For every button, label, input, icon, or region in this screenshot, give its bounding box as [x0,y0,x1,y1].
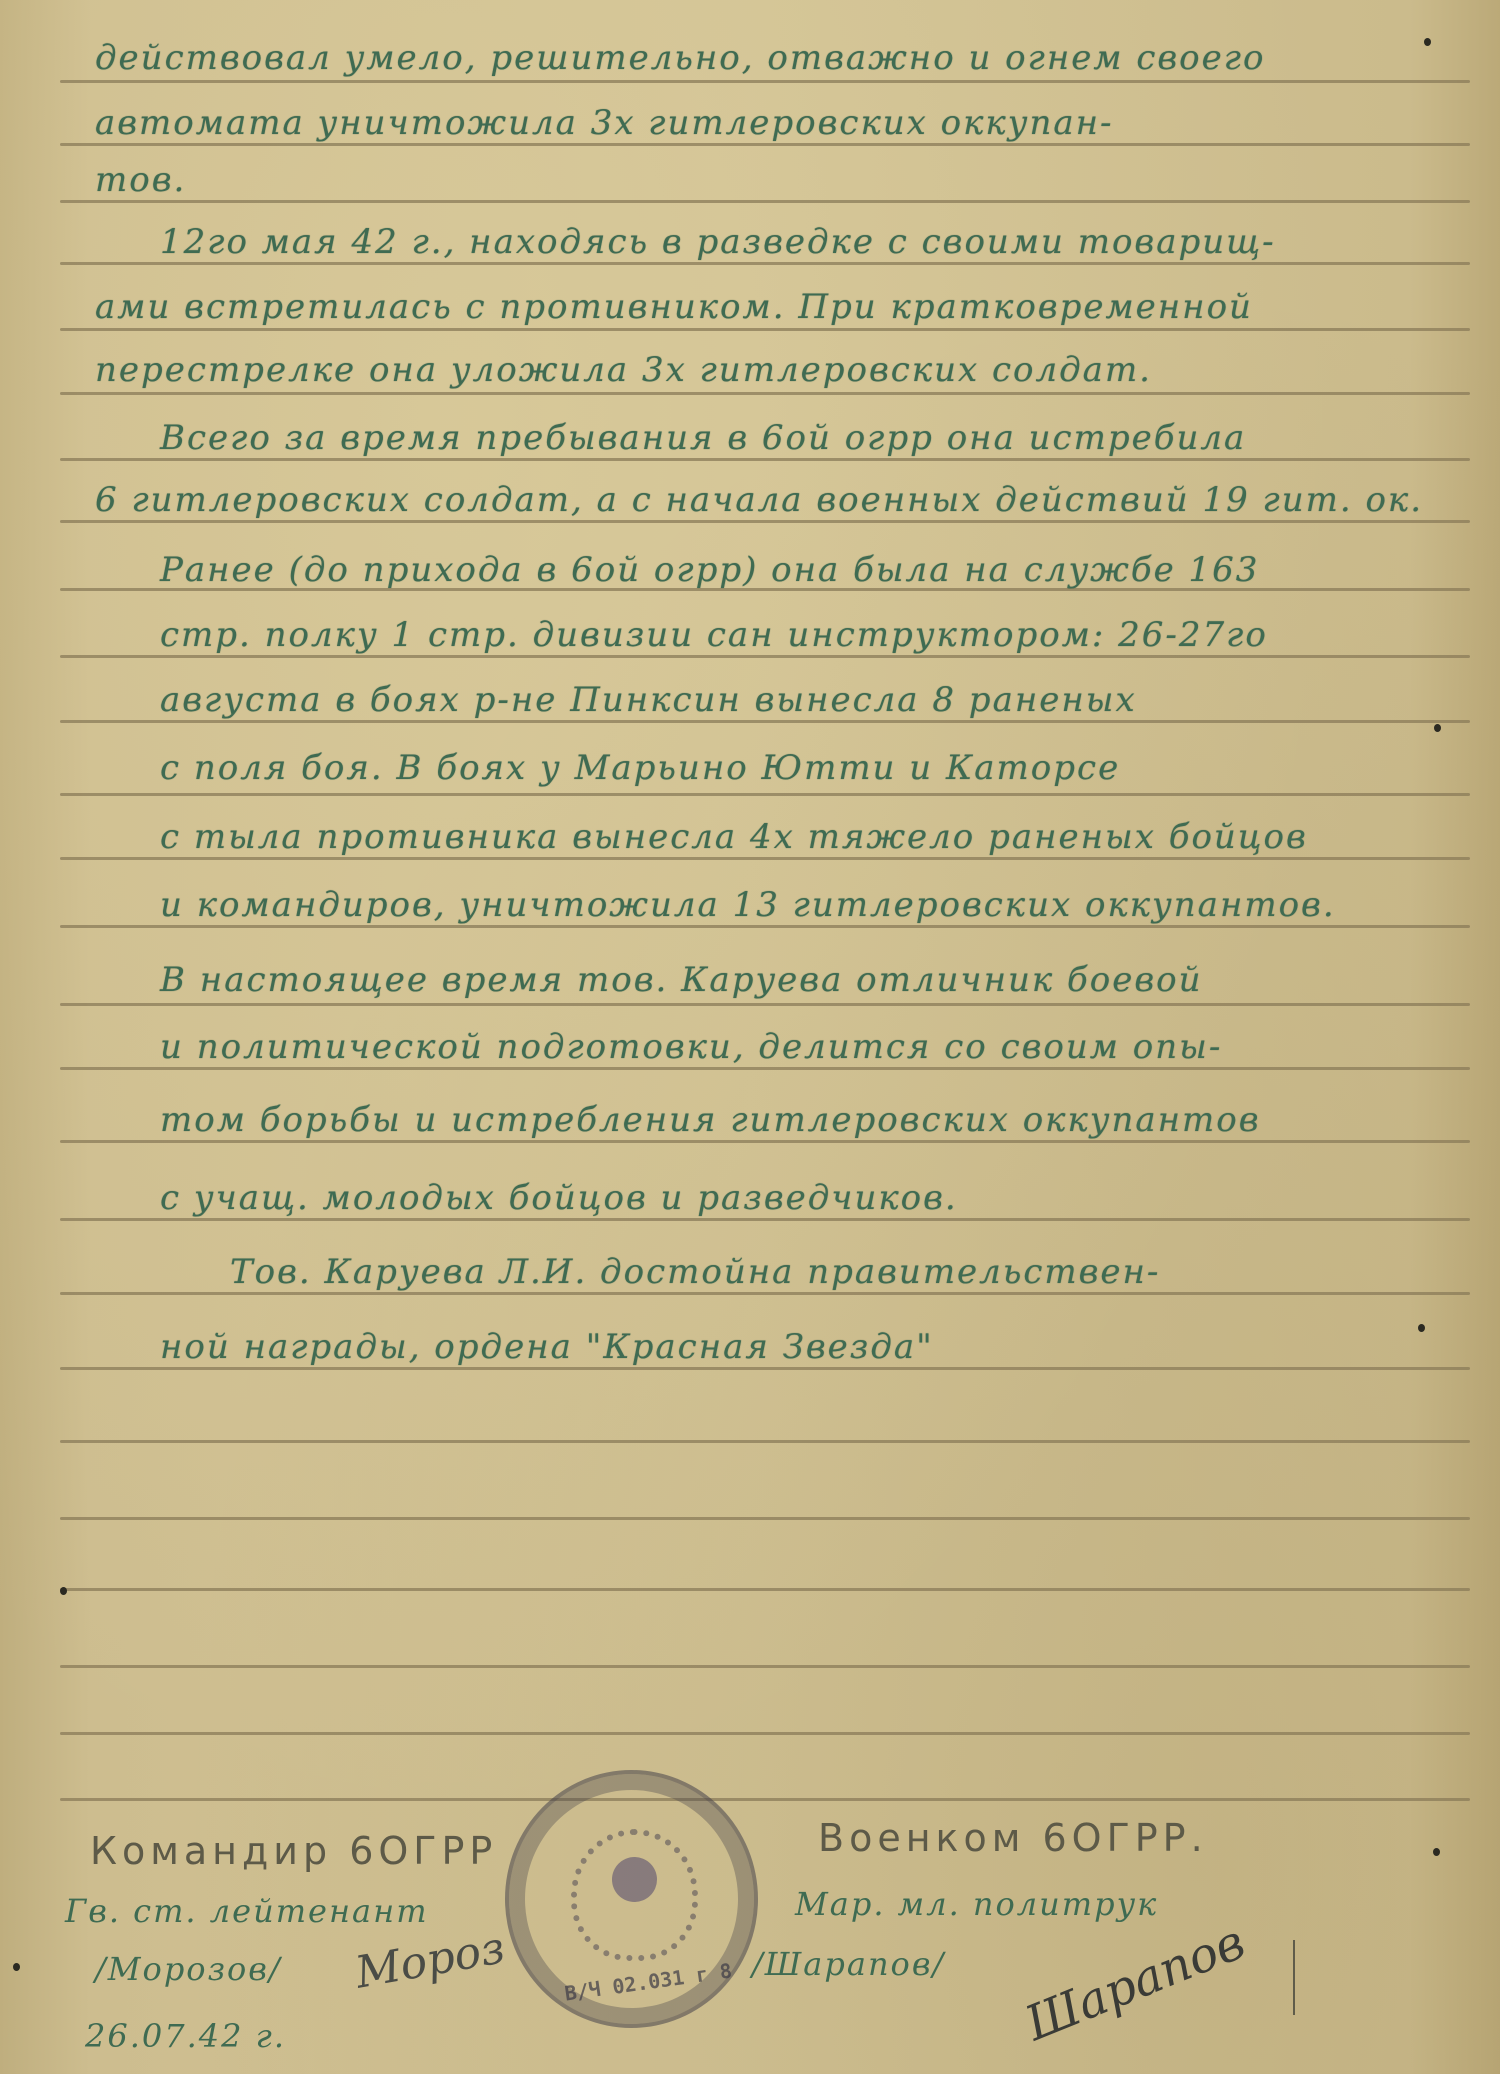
body-line: тов. [95,160,1460,200]
ink-speck [1433,1848,1440,1856]
ruled-line [60,925,1470,928]
ruled-line [60,1003,1470,1006]
ruled-line [60,720,1470,723]
commissar-name: /Шарапов/ [752,1940,945,1988]
ink-speck [1424,38,1431,46]
body-line: с поля боя. В боях у Марьино Ютти и Като… [160,748,1460,788]
ruled-line [60,1292,1470,1295]
commander-rank: Гв. ст. лейтенант [65,1887,429,1935]
ink-speck [1434,724,1441,732]
body-line: с тыла противника вынесла 4х тяжело ране… [160,817,1460,857]
coat-of-arms-icon [571,1829,698,1961]
ink-speck [13,1963,20,1971]
commander-date: 26.07.42 г. [85,2012,286,2060]
ink-speck [60,1587,67,1595]
ruled-line [60,520,1470,523]
body-line: и командиров, уничтожила 13 гитлеровских… [160,885,1460,925]
body-line: августа в боях р-не Пинксин вынесла 8 ра… [160,680,1460,720]
body-line: действовал умело, решительно, отважно и … [95,38,1460,78]
body-line: автомата уничтожила 3х гитлеровских окку… [95,103,1460,143]
ruled-line [60,200,1470,203]
body-line: Ранее (до прихода в 6ой огрр) она была н… [160,550,1460,590]
body-line: ной награды, ордена "Красная Звезда" [160,1327,1460,1367]
ruled-line [60,1367,1470,1370]
divider-mark [1293,1940,1295,2015]
body-line: с учащ. молодых бойцов и разведчиков. [160,1178,1460,1218]
ruled-line [60,1067,1470,1070]
body-line: том борьбы и истребления гитлеровских ок… [160,1100,1460,1140]
commander-title: Командир 6ОГРР [90,1828,497,1874]
document-page: действовал умело, решительно, отважно и … [0,0,1500,2074]
ruled-line [60,793,1470,796]
ruled-line [60,655,1470,658]
commissar-rank: Мар. мл. политрук [795,1880,1158,1928]
body-line: ами встретилась с противником. При кратк… [95,287,1460,327]
body-line: В настоящее время тов. Каруева отличник … [160,960,1460,1000]
ruled-line [60,1588,1470,1591]
body-line: и политической подготовки, делится со св… [160,1027,1460,1067]
ruled-line [60,1440,1470,1443]
commissar-title: Военком 6ОГРР. [818,1815,1208,1861]
ruled-line [60,1218,1470,1221]
ruled-line [60,143,1470,146]
ruled-line [60,857,1470,860]
ruled-line [60,1798,1470,1801]
commissar-signature: Шарапов [1018,1914,1253,2052]
ruled-line [60,1140,1470,1143]
body-line: Всего за время пребывания в 6ой огрр она… [160,418,1460,458]
commissar-signature-block: Военком 6ОГРР. [818,1815,1208,1861]
ruled-line [60,458,1470,461]
globe-icon [612,1857,657,1902]
body-line: 6 гитлеровских солдат, а с начала военны… [95,480,1460,520]
ruled-line [60,1665,1470,1668]
official-stamp: В/Ч 02.031 г 8 [505,1770,758,2028]
body-line: перестрелке она уложила 3х гитлеровских … [95,350,1460,390]
ruled-line [60,392,1470,395]
ruled-line [60,328,1470,331]
body-line: стр. полку 1 стр. дивизии сан инструктор… [160,615,1460,655]
ink-speck [1418,1324,1425,1332]
commander-name: /Морозов/ [95,1945,282,1993]
ruled-line [60,1732,1470,1735]
body-line: Тов. Каруева Л.И. достойна правительстве… [230,1252,1460,1292]
ruled-line [60,262,1470,265]
body-line: 12го мая 42 г., находясь в разведке с св… [160,222,1460,262]
commander-signature-block: Командир 6ОГРР [90,1828,497,1874]
ruled-line [60,80,1470,83]
ruled-line [60,1517,1470,1520]
stamp-text: В/Ч 02.031 г 8 [563,1958,733,2005]
